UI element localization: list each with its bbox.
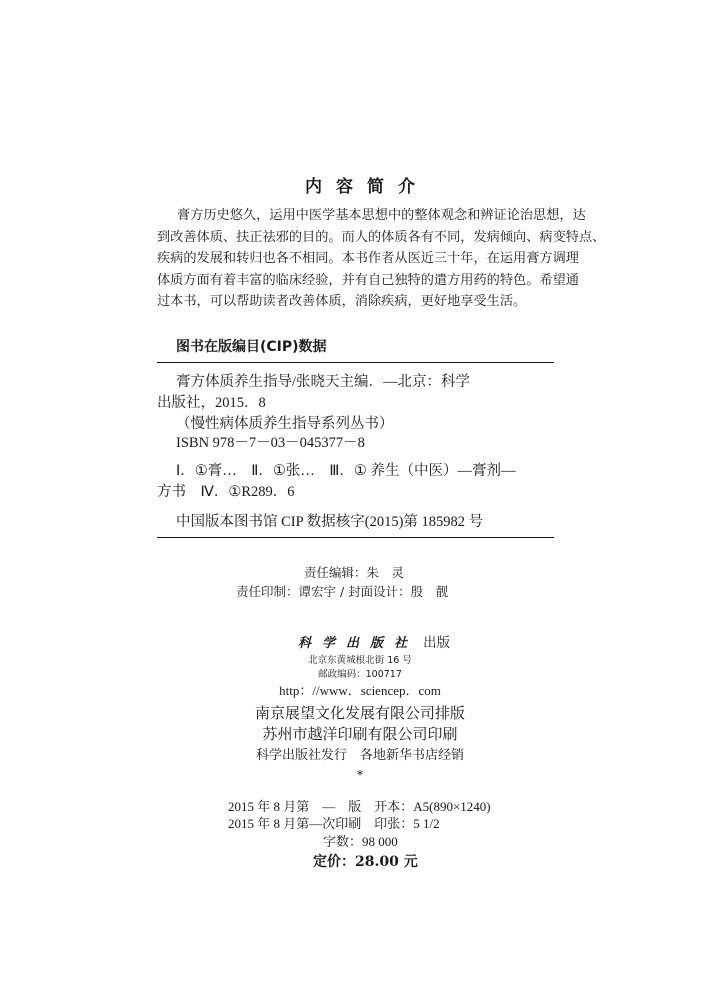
cip-top-rule [157,362,554,363]
publisher-address: 北京东黄城根北街 16 号 [0,652,720,666]
cip-record-line-1: 膏方体质养生指导/张晓天主编．—北京：科学 [176,374,470,391]
cip-heading: 图书在版编目(CIP)数据 [176,336,327,356]
printing-company: 苏州市越洋印刷有限公司印刷 [0,723,720,744]
cip-bottom-rule [157,537,554,538]
cip-isbn: ISBN 978－7－03－045377－8 [176,435,365,452]
separator-asterisk: * [0,768,720,782]
publisher-url[interactable]: http：//www．sciencep．com [0,680,720,699]
summary-line-1: 膏方历史悠久，运用中医学基本思想中的整体观念和辨证论治思想，达 [177,208,554,224]
print-line: 2015 年 8 月第—次印刷 印张：5 1/2 [228,813,440,832]
typesetting-company: 南京展望文化发展有限公司排版 [0,702,720,723]
price: 定价：28.00 元 [313,851,418,871]
summary-line-4: 体质方面有着丰富的临床经验，并有自己独特的遣方用药的特色。希望通 [157,273,554,289]
publisher-suffix: 出版 [423,635,450,651]
publisher-postcode: 邮政编码：100717 [0,666,720,680]
publisher-line: 科学出版社 出版 [298,631,450,651]
publisher-logo: 科学出版社 [298,636,418,651]
summary-line-3: 疾病的发展和转归也各不相同。本书作者从医近三十年，在运用膏方调理 [157,251,554,267]
cip-subject-line-2: 方书 Ⅳ．①R289．6 [157,484,295,501]
cip-core-data: 中国版本图书馆 CIP 数据核字(2015)第 185982 号 [176,514,483,531]
cip-record-line-2: 出版社，2015．8 [157,395,266,412]
summary-line-2: 到改善体质、扶正祛邪的目的。而人的体质各有不同，发病倾向、病变特点、 [157,230,554,246]
print-and-cover-design: 责任印制：谭宏宇 / 封面设计：殷 靓 [236,582,448,600]
summary-line-5: 过本书，可以帮助读者改善体质，消除疾病，更好地享受生活。 [157,294,554,310]
distribution-info: 科学出版社发行 各地新华书店经销 [0,744,720,763]
word-count: 字数：98 000 [323,831,398,850]
cip-record-line-3: （慢性病体质养生指导系列丛书） [176,416,394,433]
cip-subject-line-1: Ⅰ．①膏… Ⅱ．①张… Ⅲ．① 养生（中医）—膏剂— [176,463,516,480]
responsible-editor: 责任编辑：朱 灵 [304,563,404,581]
summary-title: 内容简介 [0,172,720,197]
